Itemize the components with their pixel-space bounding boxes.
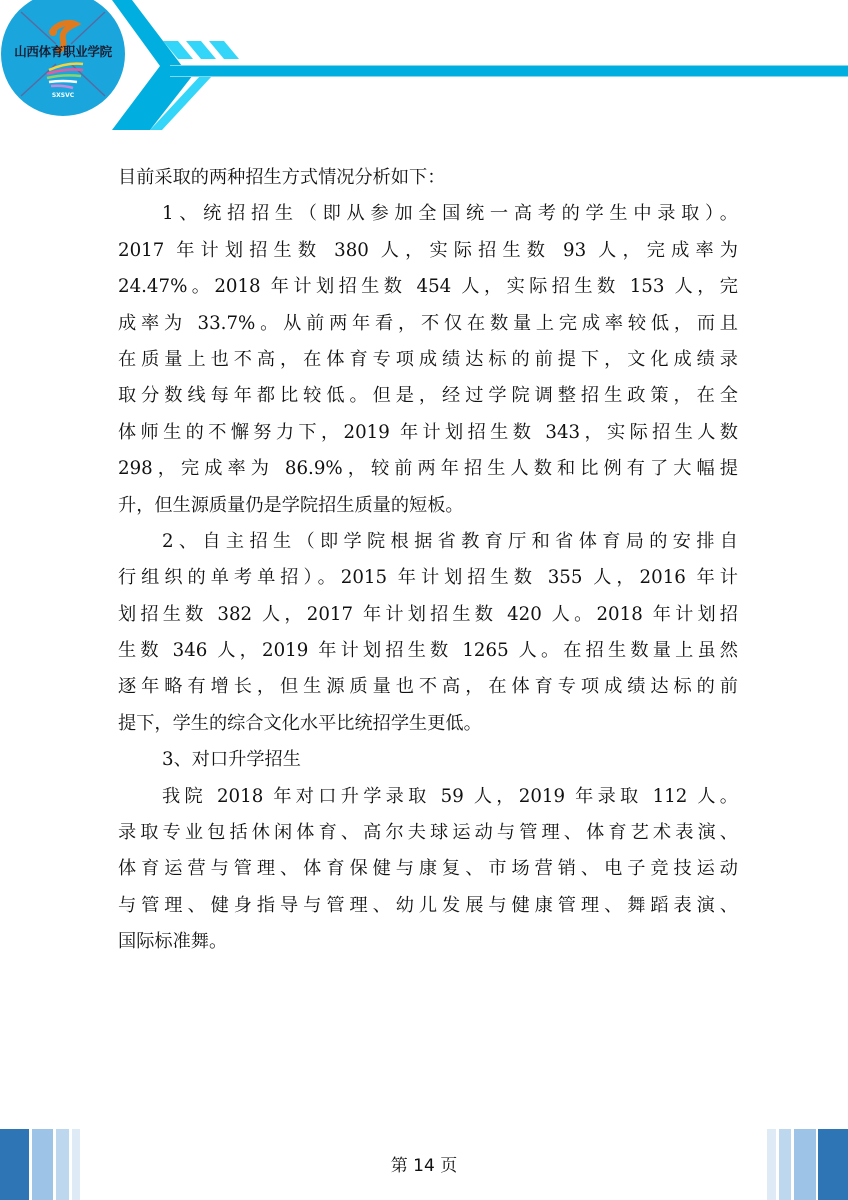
text-line: 体师生的不懈努力下，2019 年计划招生数 343，实际招生人数 <box>118 415 738 451</box>
text-line: 体育运营与管理、体育保健与康复、市场营销、电子竞技运动 <box>118 851 738 887</box>
text-line: 国际标准舞。 <box>118 924 738 960</box>
text-line: 与管理、健身指导与管理、幼儿发展与健康管理、舞蹈表演、 <box>118 888 738 924</box>
text-line: 1、统招招生（即从参加全国统一高考的学生中录取）。 <box>118 196 738 232</box>
text-line: 目前采取的两种招生方式情况分析如下： <box>118 160 738 196</box>
text-line: 逐年略有增长，但生源质量也不高，在体育专项成绩达标的前 <box>118 669 738 705</box>
college-logo: 山西体育职业学院 SXSVC <box>1 0 125 116</box>
text-line: 取分数线每年都比较低。但是，经过学院调整招生政策，在全 <box>118 378 738 414</box>
text-line: 2、自主招生（即学院根据省教育厅和省体育局的安排自 <box>118 524 738 560</box>
page-number: 第 14 页 <box>0 1151 848 1176</box>
header-chevron-decoration <box>0 0 848 130</box>
text-line: 2017 年计划招生数 380 人，实际招生数 93 人，完成率为 <box>118 233 738 269</box>
document-body: 目前采取的两种招生方式情况分析如下：1、统招招生（即从参加全国统一高考的学生中录… <box>118 160 738 961</box>
text-line: 升，但生源质量仍是学院招生质量的短板。 <box>118 488 738 524</box>
text-line: 生数 346 人，2019 年计划招生数 1265 人。在招生数量上虽然 <box>118 633 738 669</box>
logo-abbreviation: SXSVC <box>1 92 125 99</box>
text-line: 我院 2018 年对口升学录取 59 人，2019 年录取 112 人。 <box>118 779 738 815</box>
text-line: 298，完成率为 86.9%，较前两年招生人数和比例有了大幅提 <box>118 451 738 487</box>
text-line: 行组织的单考单招）。2015 年计划招生数 355 人，2016 年计 <box>118 560 738 596</box>
text-line: 24.47%。2018 年计划招生数 454 人，实际招生数 153 人，完 <box>118 269 738 305</box>
text-line: 提下，学生的综合文化水平比统招学生更低。 <box>118 706 738 742</box>
page-header: 山西体育职业学院 SXSVC <box>0 0 848 130</box>
text-line: 录取专业包括休闲体育、高尔夫球运动与管理、体育艺术表演、 <box>118 815 738 851</box>
text-line: 划招生数 382 人，2017 年计划招生数 420 人。2018 年计划招 <box>118 597 738 633</box>
text-line: 在质量上也不高，在体育专项成绩达标的前提下，文化成绩录 <box>118 342 738 378</box>
text-line: 3、对口升学招生 <box>118 742 738 778</box>
logo-college-name: 山西体育职业学院 <box>1 42 125 60</box>
text-line: 成率为 33.7%。从前两年看，不仅在数量上完成率较低，而且 <box>118 306 738 342</box>
